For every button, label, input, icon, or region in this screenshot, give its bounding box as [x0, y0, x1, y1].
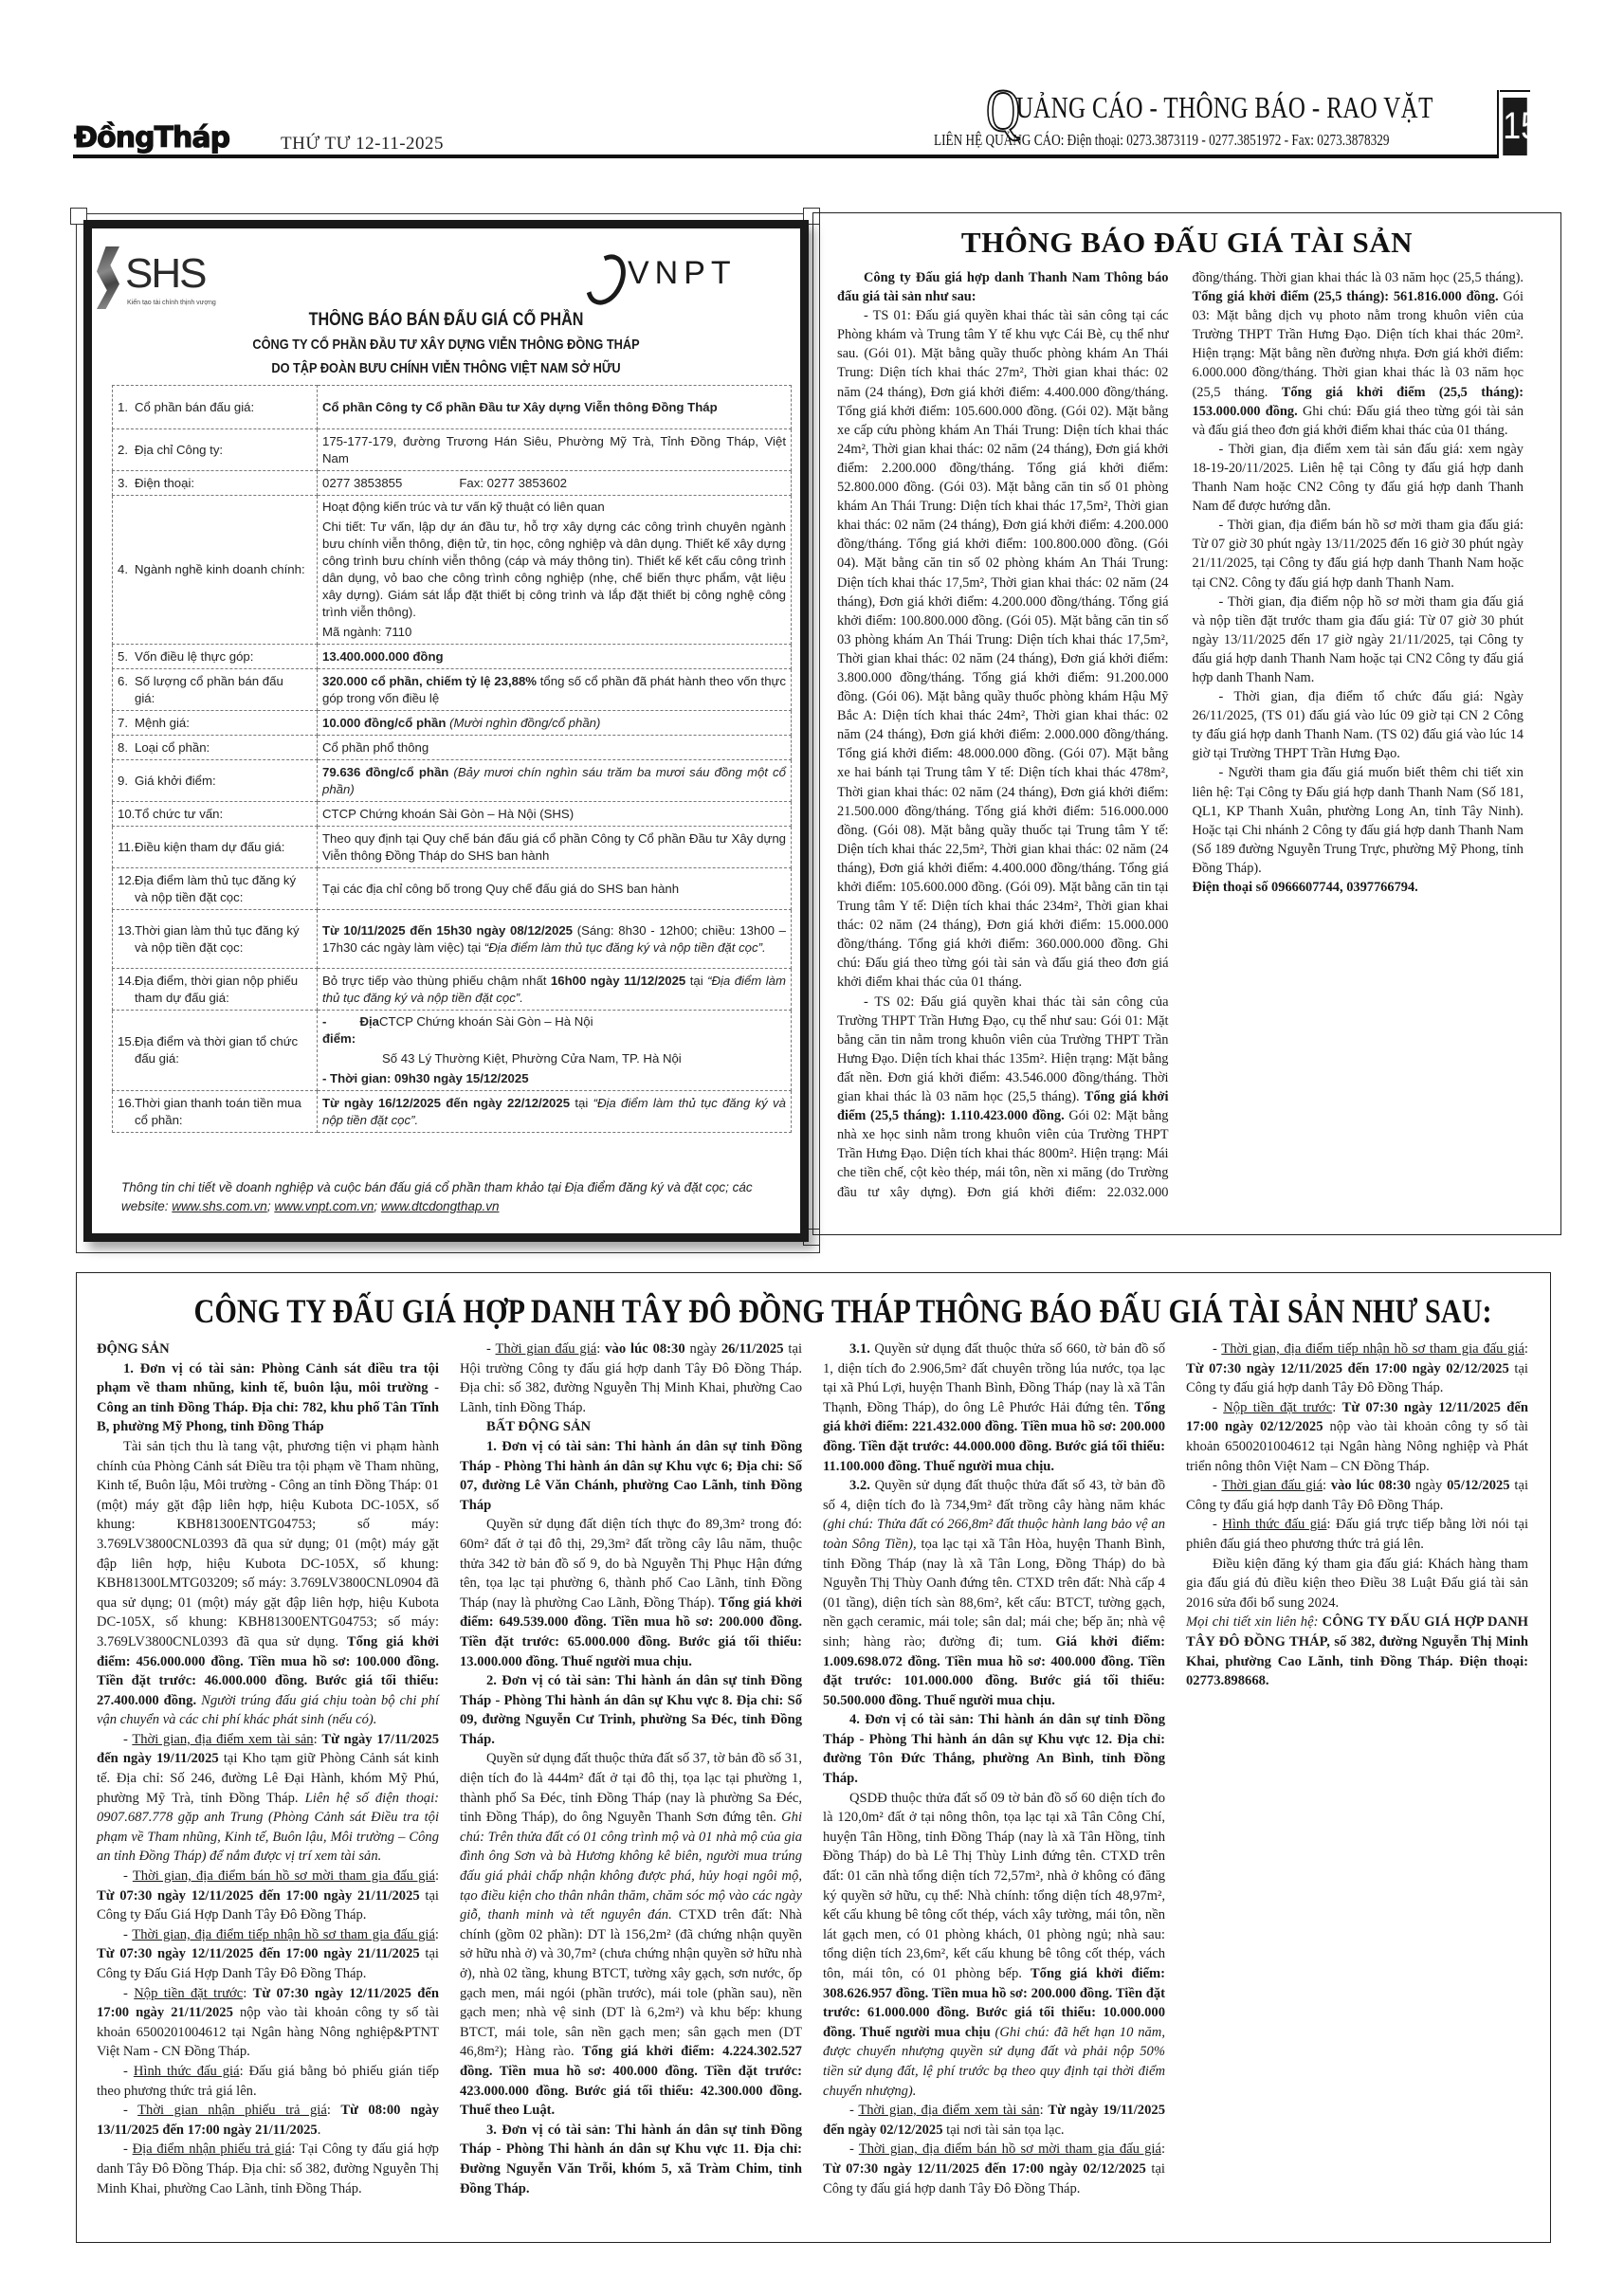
- row-number: 12.: [118, 872, 135, 889]
- asset-ts02-lot3: Gói 03: Mặt bằng dịch vụ photo nằm trong…: [1193, 289, 1524, 399]
- row-label: Tổ chức tư vấn:: [135, 806, 305, 823]
- row-label: Địa điểm làm thủ tục đăng ký và nộp tiền…: [135, 872, 305, 906]
- item-number: 3.2.: [849, 1478, 870, 1493]
- row-number: 13.: [118, 922, 135, 939]
- section-title-text: UẢNG CÁO - THÔNG BÁO - RAO VẶT: [1016, 90, 1433, 124]
- table-row: 9.Giá khởi điểm: 79.636 đồng/cổ phần (Bả…: [113, 760, 792, 802]
- date-range: Từ 07:30 ngày 12/11/2025 đến 17:00 ngày …: [1186, 1361, 1509, 1376]
- place-address: Số 43 Lý Thường Kiệt, Phường Cửa Nam, TP…: [322, 1050, 786, 1067]
- row-value: 10.000 đồng/cổ phần: [322, 716, 446, 730]
- table-row: 5.Vốn điều lệ thực góp: 13.400.000.000 đ…: [113, 645, 792, 669]
- item-number: 3.1.: [849, 1341, 870, 1357]
- asset-owner: 4. Đơn vị có tài sản: Thi hành án dân sự…: [823, 1712, 1165, 1786]
- label: Thời gian, địa điểm tiếp nhận hồ sơ tham…: [132, 1927, 435, 1942]
- row-value: 16h00 ngày 11/12/2025: [551, 974, 685, 988]
- row-value: 320.000 cổ phần, chiếm tỷ lệ 23,88%: [322, 674, 537, 688]
- label: Nộp tiền đặt trước: [134, 1986, 243, 2001]
- table-row: 11.Điều kiện tham dự đấu giá: Theo quy đ…: [113, 827, 792, 868]
- contact-info: - Người tham gia đấu giá muốn biết thêm …: [1193, 763, 1524, 878]
- table-row: 3.Điện thoại: 0277 3853855Fax: 0277 3853…: [113, 471, 792, 496]
- asset-owner: 2. Đơn vị có tài sản: Thi hành án dân sự…: [460, 1673, 802, 1747]
- table-row: 6.Số lượng cổ phần bán đấu giá: 320.000 …: [113, 669, 792, 711]
- place-label: - Địa điểm:: [322, 1013, 379, 1048]
- label: Thời gian, địa điểm bán hồ sơ mời tham g…: [859, 2141, 1161, 2157]
- asset-description: , tọa lạc tại xã Tân Hòa, huyện Thanh Bì…: [823, 1537, 1165, 1649]
- ad-subtitle: CÔNG TY CỔ PHẦN ĐẦU TƯ XÂY DỰNG VIỄN THÔ…: [137, 337, 754, 353]
- row-number: 8.: [118, 739, 135, 756]
- ad-footnote: Thông tin chi tiết về doanh nghiệp và cu…: [121, 1178, 785, 1216]
- submit-time: - Thời gian, địa điểm nộp hồ sơ mời tham…: [1193, 592, 1524, 687]
- time: vào lúc 08:30: [1331, 1478, 1411, 1493]
- view-time: - Thời gian, địa điểm xem tài sản đấu gi…: [1193, 440, 1524, 516]
- date: 26/11/2025: [721, 1341, 784, 1357]
- table-row: 4.Ngành nghề kinh doanh chính: Hoạt động…: [113, 496, 792, 645]
- row-value: (Mười nghìn đồng/cổ phần): [446, 716, 600, 730]
- asset-owner: 3. Đơn vị có tài sản: Thi hành án dân sự…: [460, 2123, 802, 2196]
- row-value: Theo quy định tại Quy chế bán đấu giá cổ…: [322, 831, 786, 863]
- fax-value: Fax: 0277 3853602: [459, 476, 567, 490]
- table-row: 2.Địa chỉ Công ty: 175-177-179, đường Tr…: [113, 429, 792, 471]
- advertising-contact: LIÊN HỆ QUẢNG CÁO: Điện thoại: 0273.3873…: [934, 131, 1390, 150]
- label: Địa điểm nhận phiếu trả giá: [133, 2141, 292, 2157]
- place-value: CTCP Chứng khoán Sài Gòn – Hà Nội: [379, 1013, 593, 1048]
- row-value: Từ 10/11/2025 đến 15h30 ngày 08/12/2025: [322, 923, 573, 938]
- asset-ts02: - TS 02: Đấu giá quyền khai thác tài sản…: [837, 994, 1169, 1104]
- ad-titles: THÔNG BÁO BÁN ĐẤU GIÁ CỔ PHẦN CÔNG TY CỔ…: [83, 0, 809, 398]
- asset-description: Tài sản tịch thu là tang vật, phương tiệ…: [97, 1439, 439, 1649]
- row-value: Mã ngành: 7110: [322, 624, 786, 641]
- row-number: 7.: [118, 715, 135, 732]
- row-value: “Địa điểm làm thủ tục đăng ký và nộp tiề…: [484, 940, 766, 955]
- asset-description: QSDĐ thuộc thửa đất số 09 tờ bản đồ số 6…: [823, 1791, 1165, 1981]
- row-label: Địa chỉ Công ty:: [135, 442, 305, 459]
- label: Thời gian, địa điểm xem tài sản: [858, 2103, 1039, 2118]
- divider: [1500, 90, 1530, 92]
- asset-description: Quyền sử dụng đất thuộc thửa số 660, tờ …: [823, 1341, 1165, 1415]
- ad-title: THÔNG BÁO BÁN ĐẤU GIÁ CỔ PHẦN: [137, 310, 754, 331]
- row-number: 2.: [118, 442, 135, 459]
- row-value: Chi tiết: Tư vấn, lập dự án đầu tư, hỗ t…: [322, 519, 786, 621]
- asset-description: Quyền sử dụng đất thuộc thửa đất số 43, …: [823, 1478, 1165, 1513]
- table-row: 16.Thời gian thanh toán tiền mua cổ phần…: [113, 1091, 792, 1133]
- asset-description: Quyền sử dụng đất thuộc thửa đất số 37, …: [460, 1751, 802, 1825]
- table-row: 12.Địa điểm làm thủ tục đăng ký và nộp t…: [113, 868, 792, 910]
- link-dtc[interactable]: www.dtcdongthap.vn: [381, 1199, 500, 1213]
- label: Hình thức đấu giá: [1222, 1517, 1326, 1532]
- date-range: Từ 07:30 ngày 12/11/2025 đến 17:00 ngày …: [823, 2161, 1146, 2177]
- detail: ngày: [685, 1341, 721, 1357]
- row-label: Ngành nghề kinh doanh chính:: [135, 561, 305, 578]
- label: Thời gian đấu giá: [496, 1341, 597, 1357]
- notice-title: CÔNG TY ĐẤU GIÁ HỢP DANH TÂY ĐÔ ĐỒNG THÁ…: [193, 1291, 1432, 1331]
- table-row: 14.Địa điểm, thời gian nộp phiếu tham dự…: [113, 969, 792, 1011]
- row-value: tại: [570, 1096, 593, 1110]
- ad-subtitle: DO TẬP ĐOÀN BƯU CHÍNH VIỄN THÔNG VIỆT NA…: [137, 360, 754, 376]
- link-shs[interactable]: www.shs.com.vn: [172, 1199, 267, 1213]
- sale-time: - Thời gian, địa điểm bán hồ sơ mời tham…: [1193, 516, 1524, 592]
- link-vnpt[interactable]: www.vnpt.com.vn: [274, 1199, 374, 1213]
- row-number: 10.: [118, 806, 135, 823]
- contact-phone: Điện thoại số 0966607744, 0397766794.: [1193, 880, 1418, 895]
- row-number: 14.: [118, 973, 135, 990]
- row-label: Giá khởi điểm:: [135, 773, 305, 790]
- row-value: Hoạt động kiến trúc và tư vấn kỹ thuật c…: [322, 499, 786, 516]
- row-number: 3.: [118, 475, 135, 492]
- row-value: Cổ phần phổ thông: [322, 740, 429, 755]
- asset-owner: 1. Đơn vị có tài sản: Thi hành án dân sự…: [460, 1439, 802, 1513]
- asset-description: CTXD trên đất: Nhà chính (gồm 02 phần): …: [460, 1907, 802, 2059]
- section-heading: BẤT ĐỘNG SẢN: [486, 1419, 591, 1434]
- row-label: Mệnh giá:: [135, 715, 305, 732]
- notice-title: THÔNG BÁO ĐẤU GIÁ TÀI SẢN: [812, 226, 1561, 260]
- row-label: Cổ phần bán đấu giá:: [135, 399, 305, 416]
- label: Thời gian, địa điểm tiếp nhận hồ sơ tham…: [1221, 1341, 1524, 1357]
- row-label: Loại cổ phần:: [135, 739, 305, 756]
- date: 05/12/2025: [1447, 1478, 1509, 1493]
- row-label: Điều kiện tham dự đấu giá:: [135, 839, 305, 856]
- row-label: Thời gian thanh toán tiền mua cổ phần:: [135, 1095, 305, 1129]
- divider: [1497, 90, 1499, 158]
- label: Thời gian, địa điểm bán hồ sơ mời tham g…: [133, 1868, 435, 1884]
- page-number: 15: [1503, 98, 1527, 155]
- auction-info-table: 1.Cổ phần bán đấu giá: Cổ phần Công ty C…: [112, 385, 792, 1133]
- row-value: Cổ phần Công ty Cổ phần Đầu tư Xây dựng …: [322, 400, 718, 414]
- label: Nộp tiền đặt trước: [1223, 1400, 1332, 1415]
- row-label: Thời gian làm thủ tục đăng ký và nộp tiề…: [135, 922, 305, 957]
- asset-ts01: - TS 01: Đấu giá quyền khai thác tài sản…: [837, 306, 1169, 992]
- notice-column-1: Công ty Đấu giá hợp danh Thanh Nam Thông…: [837, 268, 1524, 1216]
- row-value: tại: [685, 974, 707, 988]
- row-value: 79.636 đồng/cổ phần: [322, 765, 448, 779]
- detail: ngày: [1411, 1478, 1447, 1493]
- label: Hình thức đấu giá: [134, 2064, 240, 2079]
- row-number: 5.: [118, 648, 135, 665]
- row-number: 9.: [118, 773, 135, 790]
- row-label: Địa điểm và thời gian tổ chức đấu giá:: [135, 1033, 305, 1067]
- row-label: Vốn điều lệ thực góp:: [135, 648, 305, 665]
- row-value: 175-177-179, đường Trương Hán Siêu, Phườ…: [322, 434, 786, 465]
- auction-time: - Thời gian: 09h30 ngày 15/12/2025: [322, 1071, 529, 1085]
- asset-owner: 1. Đơn vị có tài sản: Phòng Cảnh sát điề…: [97, 1361, 439, 1435]
- price-total: Tổng giá khởi điểm (25,5 tháng): 561.816…: [1193, 289, 1499, 304]
- notice-columns: ĐỘNG SẢN 1. Đơn vị có tài sản: Phòng Cản…: [97, 1339, 1528, 2231]
- row-label: Số lượng cổ phần bán đấu giá:: [135, 673, 305, 707]
- row-value: 13.400.000.000 đồng: [322, 649, 444, 664]
- row-value: Từ ngày 16/12/2025 đến ngày 22/12/2025: [322, 1096, 570, 1110]
- asset-note: Ghi chú: Trên thửa đất có 01 công trình …: [460, 1810, 802, 1922]
- table-row: 15.Địa điểm và thời gian tổ chức đấu giá…: [113, 1011, 792, 1091]
- row-number: 16.: [118, 1095, 135, 1112]
- auction-time: - Thời gian, địa điểm tổ chức đấu giá: N…: [1193, 687, 1524, 763]
- contact-label: Mọi chi tiết xin liên hệ:: [1186, 1614, 1323, 1630]
- label: Thời gian, địa điểm xem tài sản: [132, 1732, 313, 1747]
- table-row: 1.Cổ phần bán đấu giá: Cổ phần Công ty C…: [113, 386, 792, 429]
- table-row: 13.Thời gian làm thủ tục đăng ký và nộp …: [113, 910, 792, 969]
- conditions: Điều kiện đăng ký tham gia đấu giá: Khác…: [1186, 1555, 1528, 1613]
- row-number: 4.: [118, 561, 135, 578]
- time: vào lúc 08:30: [605, 1341, 684, 1357]
- row-label: Điện thoại:: [135, 475, 305, 492]
- row-value: Bỏ trực tiếp vào thùng phiếu chậm nhất: [322, 974, 551, 988]
- row-number: 1.: [118, 399, 135, 416]
- row-number: 6.: [118, 673, 135, 690]
- section-heading: ĐỘNG SẢN: [97, 1341, 170, 1357]
- date-range: Từ 07:30 ngày 12/11/2025 đến 17:00 ngày …: [97, 1946, 420, 1961]
- date-range: Từ 07:30 ngày 12/11/2025 đến 17:00 ngày …: [97, 1888, 420, 1904]
- row-value: Tại các địa chỉ công bố trong Quy chế đấ…: [322, 882, 679, 896]
- table-row: 8.Loại cổ phần: Cổ phần phổ thông: [113, 736, 792, 760]
- row-number: 15.: [118, 1033, 135, 1050]
- row-label: Địa điểm, thời gian nộp phiếu tham dự đấ…: [135, 973, 305, 1007]
- label: Thời gian đấu giá: [1221, 1478, 1323, 1493]
- table-row: 10.Tổ chức tư vấn: CTCP Chứng khoán Sài …: [113, 802, 792, 827]
- phone-value: 0277 3853855: [322, 476, 402, 490]
- row-number: 11.: [118, 839, 135, 856]
- table-row: 7.Mệnh giá: 10.000 đồng/cổ phần (Mười ng…: [113, 711, 792, 736]
- row-value: CTCP Chứng khoán Sài Gòn – Hà Nội (SHS): [322, 807, 574, 821]
- detail: tại nơi tài sản tọa lạc.: [943, 2123, 1065, 2138]
- label: Thời gian nhận phiếu trả giá: [137, 2103, 327, 2118]
- notice-intro: Công ty Đấu giá hợp danh Thanh Nam Thông…: [837, 270, 1169, 304]
